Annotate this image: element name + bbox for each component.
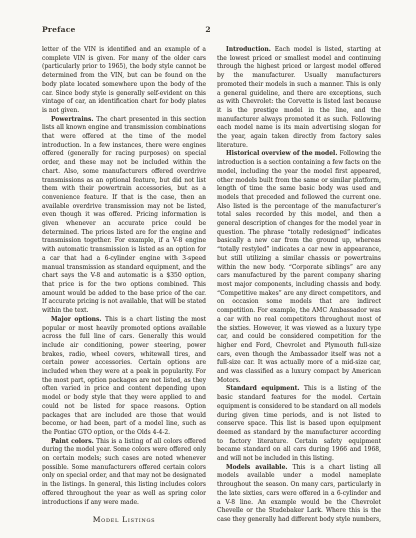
paragraph: letter of the VIN is identified and an e… xyxy=(42,46,206,116)
page-header: Preface 2 xyxy=(42,25,381,37)
paragraph: Paint colors. This is a listing of all c… xyxy=(42,438,206,508)
section-heading: Model Listings xyxy=(42,516,206,525)
article-columns: letter of the VIN is identified and an e… xyxy=(42,46,381,526)
page-number: 2 xyxy=(42,25,374,34)
paragraph-lead: Major options. xyxy=(51,316,105,323)
paragraph-lead: Introduction. xyxy=(226,46,275,53)
book-page: Preface 2 letter of the VIN is identifie… xyxy=(0,0,416,538)
paragraph: Standard equipment. This is a listing of… xyxy=(217,385,381,463)
paragraph: Powertrains. The chart presented in this… xyxy=(42,116,206,316)
paragraph-lead: Models available. xyxy=(226,464,293,471)
paragraph-lead: Standard equipment. xyxy=(226,385,304,392)
paragraph-lead: Paint colors. xyxy=(51,438,96,445)
paragraph: Introduction. Each model is listed, star… xyxy=(217,46,381,150)
paragraph: Historical overview of the model. Follow… xyxy=(217,150,381,385)
paragraph-lead: Powertrains. xyxy=(51,116,96,123)
paragraph: Major options. This is a chart listing t… xyxy=(42,316,206,438)
paragraph-lead: Historical overview of the model. xyxy=(226,150,340,157)
